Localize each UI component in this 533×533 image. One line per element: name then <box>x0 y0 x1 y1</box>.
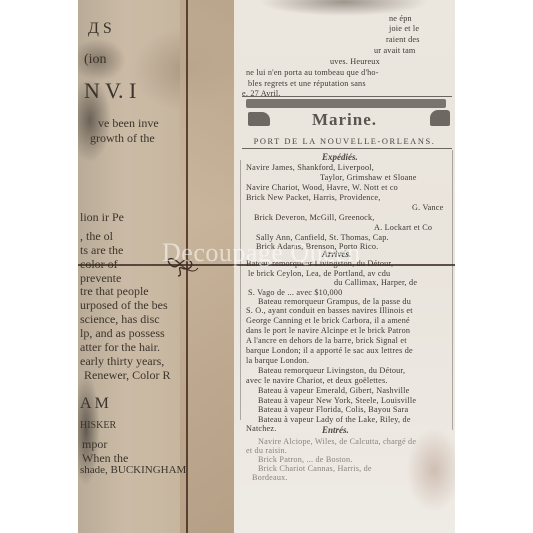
text-line: raient des <box>386 35 420 44</box>
text-line: Д S <box>88 20 112 38</box>
text-line: avec le navire Chariot, et deux goëlette… <box>246 376 388 385</box>
text-line: Brick Patron, ... de Boston. <box>258 455 353 464</box>
text-line: du Callimax, Harper, de <box>334 278 417 287</box>
watermark-text: Decoupage Queen <box>162 238 361 268</box>
divider-rule <box>242 96 452 97</box>
text-line: Bateau à vapeur New York, Steele, Louisv… <box>258 396 416 405</box>
text-line: G. Vance <box>412 203 443 212</box>
column-rule <box>452 150 453 430</box>
text-line: joie et le <box>389 24 419 33</box>
text-line: science, has disc <box>80 312 160 327</box>
masthead-title: Marine. <box>234 110 455 130</box>
text-line: mpor <box>82 437 107 452</box>
text-line: lion ir Pe <box>80 210 124 225</box>
text-line: S. Vago de ... avec $10,000 <box>248 288 342 297</box>
text-line: tre that people <box>80 284 149 299</box>
text-line: A M <box>80 395 109 413</box>
text-line: Navire James, Shankford, Liverpool, <box>246 163 374 172</box>
section-heading: Entrés. <box>322 425 349 435</box>
text-line: Renewer, Color R <box>84 368 171 383</box>
divider-rule <box>242 148 452 149</box>
text-line: A. Lockart et Co <box>374 223 432 232</box>
text-line: le brick Ceylon, Lea, de Portland, av cd… <box>248 269 390 278</box>
text-line: ur avait tam <box>374 46 416 55</box>
column-rule <box>240 160 241 420</box>
text-line: lp, and as possess <box>80 326 165 341</box>
text-line: atter for the hair. <box>80 340 160 355</box>
text-line: Navire Alciope, Wiles, de Calcutta, char… <box>258 437 416 446</box>
text-line: Bateau à vapeur Florida, Colis, Bayou Sa… <box>258 405 408 414</box>
text-line: Bateau à vapeur Emerald, Gibert, Nashvil… <box>258 386 409 395</box>
text-line: Brick Deveron, McGill, Greenock, <box>254 213 375 222</box>
text-line: Navire Chariot, Wood, Havre, W. Nott et … <box>246 183 398 192</box>
text-line: George Canning et le brick Carbora, il a… <box>246 316 410 325</box>
text-line: early thirty years, <box>80 354 164 369</box>
text-line: A l'ancre en dehors de la barre, brick S… <box>246 336 407 345</box>
text-line: growth of the <box>90 131 155 146</box>
text-line: Natchez. <box>246 424 276 433</box>
text-line: Brick Chariot Cannas, Harris, de <box>258 464 372 473</box>
text-line: ne épn <box>389 14 412 23</box>
text-line: la barque London. <box>246 356 309 365</box>
text-line: , the ol <box>80 229 113 244</box>
text-line: S. O., ayant conduit en basses navires I… <box>246 306 413 315</box>
text-line: Bateau remorqueur Livingston, du Détour, <box>258 366 405 375</box>
text-line: Bateau à vapeur Lady of the Lake, Riley,… <box>258 415 411 424</box>
text-line: urposed of the bes <box>80 298 168 313</box>
text-line: uves. Heureux <box>330 57 380 66</box>
text-line: N V. I <box>84 78 136 104</box>
masthead-banner <box>246 99 446 108</box>
text-line: ne lui n'en porta au tombeau que d'ho- <box>246 68 379 77</box>
text-line: Taylor, Grimshaw et Sloane <box>320 173 417 182</box>
text-line: ts are the <box>80 243 123 258</box>
text-line: et du raisin. <box>246 446 287 455</box>
text-line: Bateau remorqueur Grampus, de la passe d… <box>258 297 411 306</box>
text-line: ve been inve <box>98 116 159 131</box>
text-line: barque London; il a apporté le sac aux l… <box>246 346 413 355</box>
text-line: shade, BUCKINGHAM <box>80 464 186 476</box>
text-line: dans le port le navire Alcinpe et le bri… <box>246 326 410 335</box>
text-line: Bordeaux. <box>252 473 288 482</box>
text-line: (ion <box>84 52 107 68</box>
section-heading: Expédiés. <box>322 152 358 162</box>
masthead-subtitle: PORT DE LA NOUVELLE-ORLEANS. <box>234 137 455 146</box>
text-line: HISKER <box>80 420 116 431</box>
text-line: Brick New Packet, Harris, Providence, <box>246 193 381 202</box>
text-line: bles regrets et une réputation sans <box>248 79 366 88</box>
decoupage-artwork: Д S(ionN V. Ive been invegrowth of theli… <box>78 0 455 533</box>
